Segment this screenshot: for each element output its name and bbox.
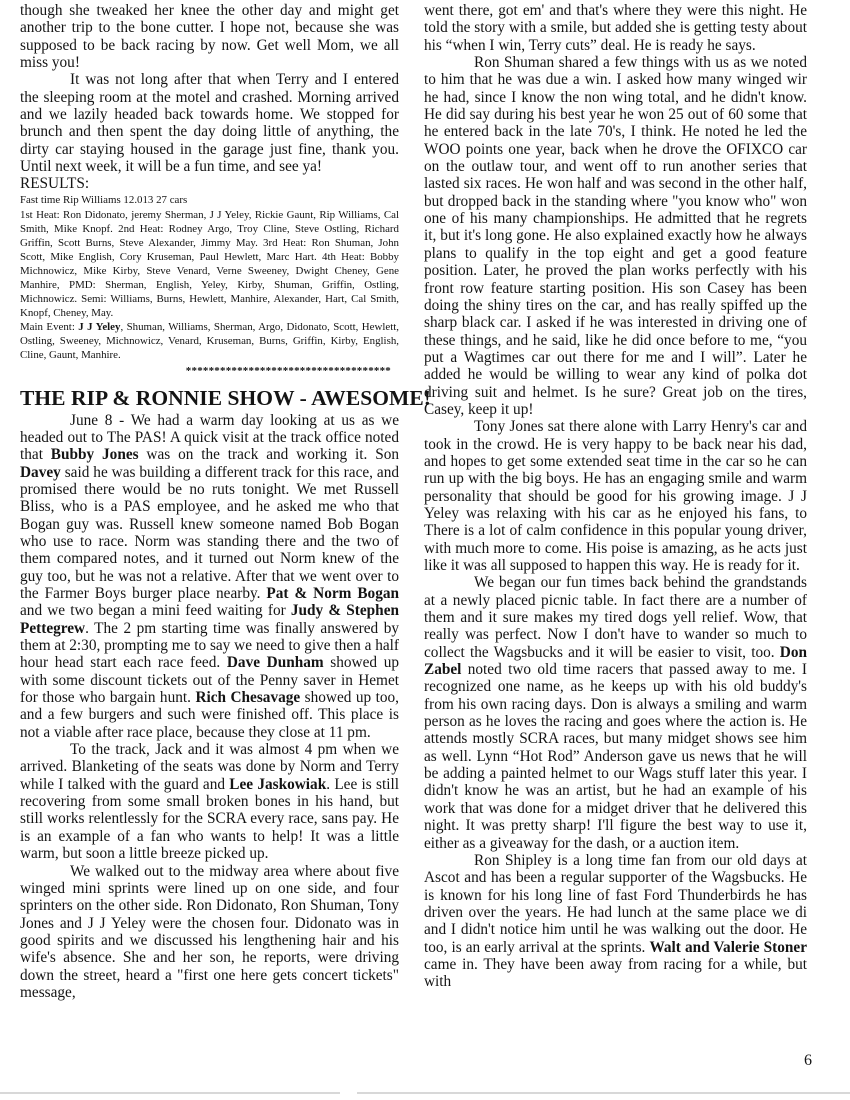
right-column: went there, got em' and that's where the… (424, 2, 807, 991)
name-lee-jaskowiak: Lee Jaskowiak (229, 776, 326, 793)
paragraph-ron-shuman: Ron Shuman shared a few things with us a… (424, 54, 807, 418)
name-bubby-jones: Bubby Jones (51, 446, 139, 463)
name-dave-dunham: Dave Dunham (227, 654, 324, 671)
article-headline: THE RIP & RONNIE SHOW - AWESOME! (20, 386, 399, 410)
name-davey: Davey (20, 464, 61, 481)
fast-time: Fast time Rip Williams 12.013 27 cars (20, 193, 399, 207)
paragraph-motel: It was not long after that when Terry an… (20, 71, 399, 175)
heat-results: 1st Heat: Ron Didonato, jeremy Sherman, … (20, 209, 399, 320)
left-column: though she tweaked her knee the other da… (20, 2, 399, 1001)
bottom-scan-edge (0, 1092, 850, 1094)
race-results: Fast time Rip Williams 12.013 27 cars 1s… (20, 193, 399, 362)
section-separator: ************************************ (20, 363, 391, 379)
paragraph-picnic-table: We began our fun times back behind the g… (424, 574, 807, 852)
name-rich-chesavage: Rich Chesavage (195, 689, 300, 706)
main-event-winner: J J Yeley (78, 321, 120, 333)
paragraph-midway: We walked out to the midway area where a… (20, 863, 399, 1002)
paragraph-continuation-right: went there, got em' and that's where the… (424, 2, 807, 54)
results-heading: RESULTS: (20, 175, 399, 192)
paragraph-continuation: though she tweaked her knee the other da… (20, 2, 399, 71)
paragraph-june-8: June 8 - We had a warm day looking at us… (20, 412, 399, 742)
paragraph-ron-shipley: Ron Shipley is a long time fan from our … (424, 852, 807, 991)
name-walt-valerie-stoner: Walt and Valerie Stoner (649, 939, 807, 956)
paragraph-tony-jones: Tony Jones sat there alone with Larry He… (424, 418, 807, 574)
page-number: 6 (804, 1052, 812, 1070)
paragraph-to-the-track: To the track, Jack and it was almost 4 p… (20, 741, 399, 862)
name-pat-norm-bogan: Pat & Norm Bogan (266, 585, 399, 602)
main-event-label: Main Event: (20, 321, 78, 333)
